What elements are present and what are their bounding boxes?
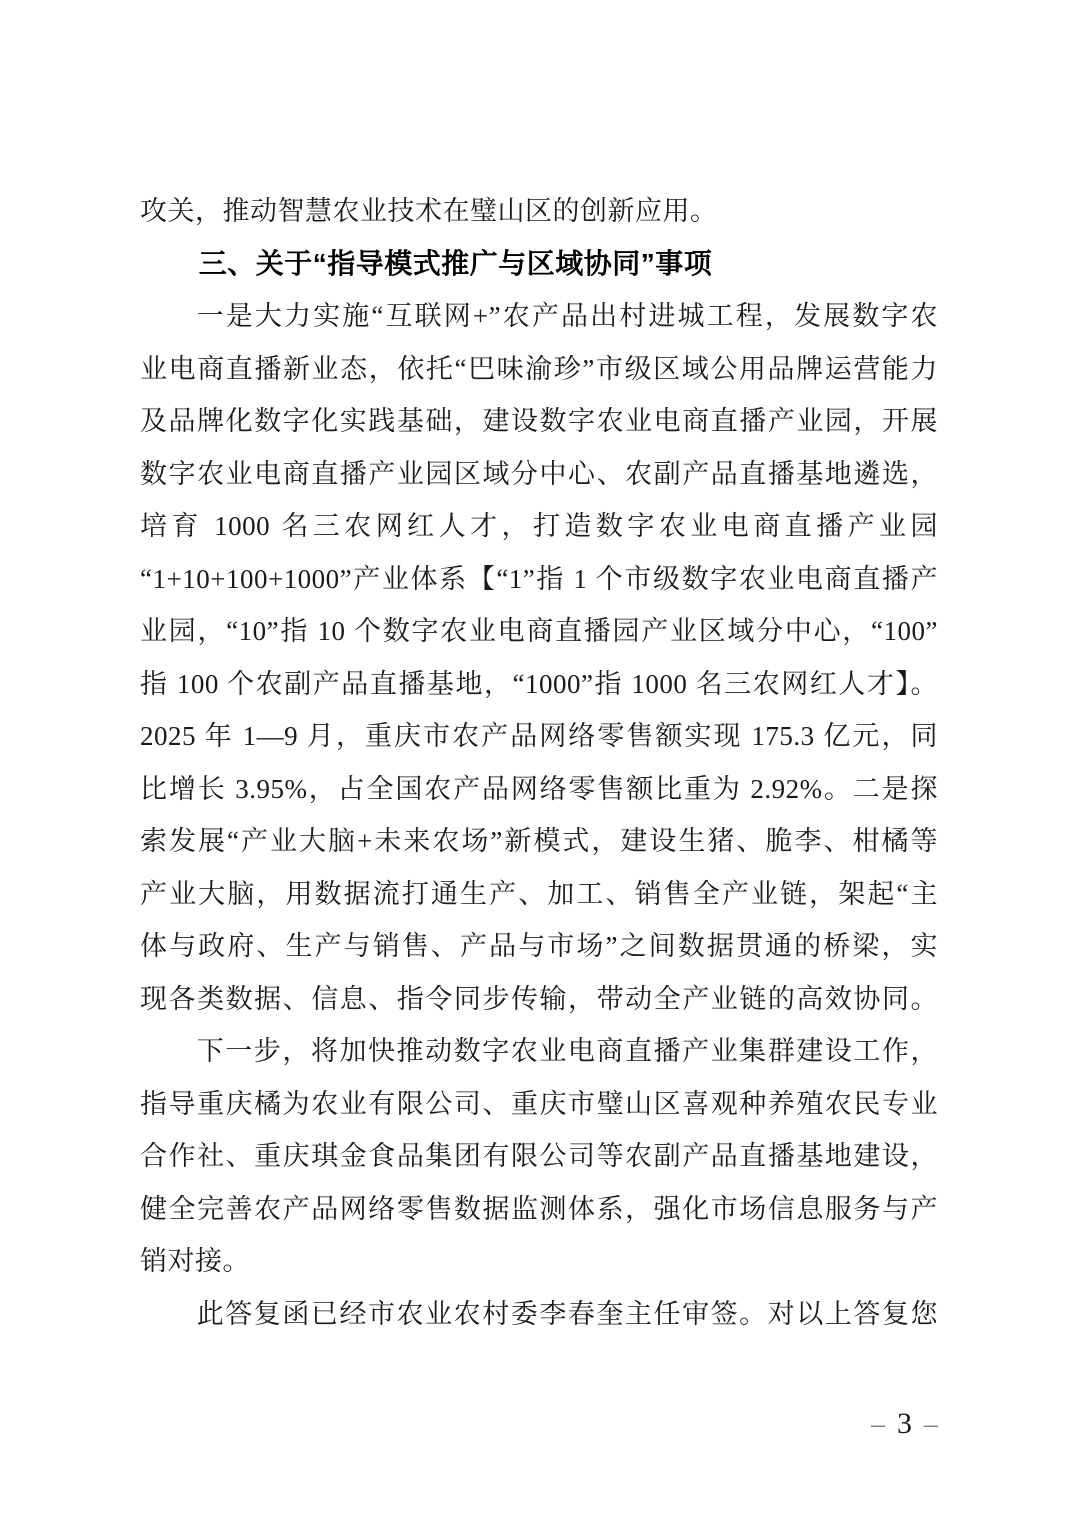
text-line: 下一步，将加快推动数字农业电商直播产业集群建设工作， xyxy=(140,1025,938,1078)
text-line: 指 100 个农副产品直播基地，“1000”指 1000 名三农网红人才】。 xyxy=(140,658,938,711)
text-line: 合作社、重庆琪金食品集团有限公司等农副产品直播基地建设， xyxy=(140,1130,938,1183)
page-number-dash-left: – xyxy=(871,1409,885,1440)
document-body: 攻关，推动智慧农业技术在璧山区的创新应用。 三、关于“指导模式推广与区域协同”事… xyxy=(140,185,938,1340)
text-line: 业园，“10”指 10 个数字农业电商直播园产业区域分中心，“100” xyxy=(140,605,938,658)
text-line: 比增长 3.95%，占全国农产品网络零售额比重为 2.92%。二是探 xyxy=(140,763,938,816)
document-page: 攻关，推动智慧农业技术在璧山区的创新应用。 三、关于“指导模式推广与区域协同”事… xyxy=(0,0,1074,1520)
text-line: 此答复函已经市农业农村委李春奎主任审签。对以上答复您 xyxy=(140,1288,938,1341)
text-line: 业电商直播新业态，依托“巴味渝珍”市级区域公用品牌运营能力 xyxy=(140,343,938,396)
text-line: “1+10+100+1000”产业体系【“1”指 1 个市级数字农业电商直播产 xyxy=(140,553,938,606)
page-number-value: 3 xyxy=(897,1407,912,1440)
text-line: 培育 1000 名三农网红人才，打造数字农业电商直播产业园 xyxy=(140,500,938,553)
text-line: 索发展“产业大脑+未来农场”新模式，建设生猪、脆李、柑橘等 xyxy=(140,815,938,868)
page-number-dash-right: – xyxy=(924,1409,938,1440)
text-line: 现各类数据、信息、指令同步传输，带动全产业链的高效协同。 xyxy=(140,973,938,1026)
text-line: 一是大力实施“互联网+”农产品出村进城工程，发展数字农 xyxy=(140,290,938,343)
text-line: 产业大脑，用数据流打通生产、加工、销售全产业链，架起“主 xyxy=(140,868,938,921)
text-line: 及品牌化数字化实践基础，建设数字农业电商直播产业园，开展 xyxy=(140,395,938,448)
text-line: 2025 年 1—9 月，重庆市农产品网络零售额实现 175.3 亿元，同 xyxy=(140,710,938,763)
section-heading: 三、关于“指导模式推广与区域协同”事项 xyxy=(140,238,938,291)
text-line: 健全完善农产品网络零售数据监测体系，强化市场信息服务与产 xyxy=(140,1183,938,1236)
text-line: 指导重庆橘为农业有限公司、重庆市璧山区喜观种养殖农民专业 xyxy=(140,1078,938,1131)
page-number: –3– xyxy=(140,1403,938,1446)
text-line: 攻关，推动智慧农业技术在璧山区的创新应用。 xyxy=(140,185,938,238)
text-line: 数字农业电商直播产业园区域分中心、农副产品直播基地遴选， xyxy=(140,448,938,501)
text-line: 销对接。 xyxy=(140,1235,938,1288)
text-line: 体与政府、生产与销售、产品与市场”之间数据贯通的桥梁，实 xyxy=(140,920,938,973)
